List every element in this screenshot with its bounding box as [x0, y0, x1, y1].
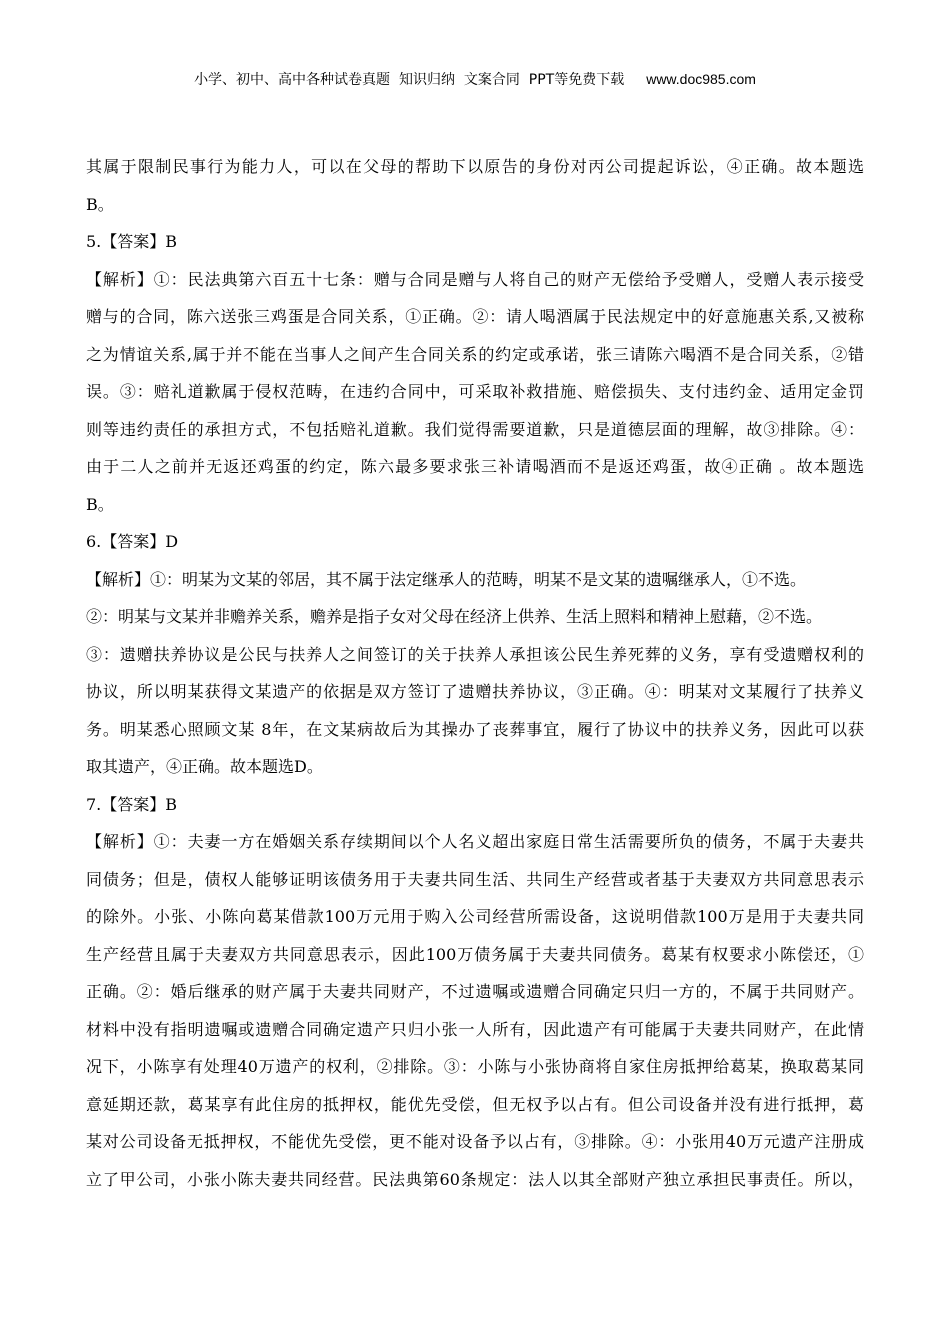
analysis-line: 之为情谊关系,属于并不能在当事人之间产生合同关系的约定或承诺，张三请陈六喝酒不是…: [86, 342, 864, 380]
text-line: B。: [86, 192, 864, 230]
analysis-line: 同债务；但是，债权人能够证明该债务用于夫妻共同生活、共同生产经营或者基于夫妻双方…: [86, 867, 864, 905]
answer-heading-7: 7.【答案】B: [86, 792, 864, 830]
analysis-line: 某对公司设备无抵押权，不能优先受偿，更不能对设备予以占有，③排除。④：小张用40…: [86, 1129, 864, 1167]
analysis-line: ②：明某与文某并非赡养关系，赡养是指子女对父母在经济上供养、生活上照料和精神上慰…: [86, 604, 864, 642]
analysis-line: 【解析】①：民法典第六百五十七条：赠与合同是赠与人将自己的财产无偿给予受赠人，受…: [86, 267, 864, 305]
analysis-line: 则等违约责任的承担方式，不包括赔礼道歉。我们觉得需要道歉，只是道德层面的理解，故…: [86, 417, 864, 455]
analysis-line: 的除外。小张、小陈向葛某借款100万元用于购入公司经营所需设备，这说明借款100…: [86, 904, 864, 942]
analysis-line: ③：遗赠扶养协议是公民与扶养人之间签订的关于扶养人承担该公民生养死葬的义务，享有…: [86, 642, 864, 680]
analysis-line: 生产经营且属于夫妻双方共同意思表示，因此100万债务属于夫妻共同债务。葛某有权要…: [86, 942, 864, 980]
document-body: 其属于限制民事行为能力人，可以在父母的帮助下以原告的身份对丙公司提起诉讼，④正确…: [86, 154, 864, 1204]
analysis-line: 立了甲公司，小张小陈夫妻共同经营。民法典第60条规定：法人以其全部财产独立承担民…: [86, 1167, 864, 1205]
analysis-line: 误。③：赔礼道歉属于侵权范畴，在违约合同中，可采取补救措施、赔偿损失、支付违约金…: [86, 379, 864, 417]
analysis-line: 由于二人之前并无返还鸡蛋的约定，陈六最多要求张三补请喝酒而不是返还鸡蛋，故④正确…: [86, 454, 864, 492]
header-banner-text: 小学、初中、高中各种试卷真题 知识归纳 文案合同 PPT等免费下载: [194, 72, 624, 88]
analysis-line: 取其遗产，④正确。故本题选D。: [86, 754, 864, 792]
header-url-link[interactable]: www.doc985.com: [646, 71, 756, 87]
analysis-line: 赠与的合同，陈六送张三鸡蛋是合同关系，①正确。②：请人喝酒属于民法规定中的好意施…: [86, 304, 864, 342]
analysis-line: 务。明某悉心照顾文某 8年，在文某病故后为其操办了丧葬事宜，履行了协议中的扶养义…: [86, 717, 864, 755]
analysis-line: 意延期还款，葛某享有此住房的抵押权，能优先受偿，但无权予以占有。但公司设备并没有…: [86, 1092, 864, 1130]
analysis-line: 材料中没有指明遗嘱或遗赠合同确定遗产只归小张一人所有，因此遗产有可能属于夫妻共同…: [86, 1017, 864, 1055]
page-header-banner: 小学、初中、高中各种试卷真题 知识归纳 文案合同 PPT等免费下载www.doc…: [0, 68, 950, 91]
answer-heading-5: 5.【答案】B: [86, 229, 864, 267]
analysis-line: 正确。②：婚后继承的财产属于夫妻共同财产，不过遗嘱或遗赠合同确定只归一方的，不属…: [86, 979, 864, 1017]
analysis-line: 况下，小陈享有处理40万遗产的权利，②排除。③：小陈与小张协商将自家住房抵押给葛…: [86, 1054, 864, 1092]
analysis-line: 协议，所以明某获得文某遗产的依据是双方签订了遗赠扶养协议，③正确。④：明某对文某…: [86, 679, 864, 717]
text-line: 其属于限制民事行为能力人，可以在父母的帮助下以原告的身份对丙公司提起诉讼，④正确…: [86, 154, 864, 192]
analysis-line: 【解析】①：夫妻一方在婚姻关系存续期间以个人名义超出家庭日常生活需要所负的债务，…: [86, 829, 864, 867]
answer-heading-6: 6.【答案】D: [86, 529, 864, 567]
analysis-line: B。: [86, 492, 864, 530]
analysis-line: 【解析】①：明某为文某的邻居，其不属于法定继承人的范畴，明某不是文某的遗嘱继承人…: [86, 567, 864, 605]
